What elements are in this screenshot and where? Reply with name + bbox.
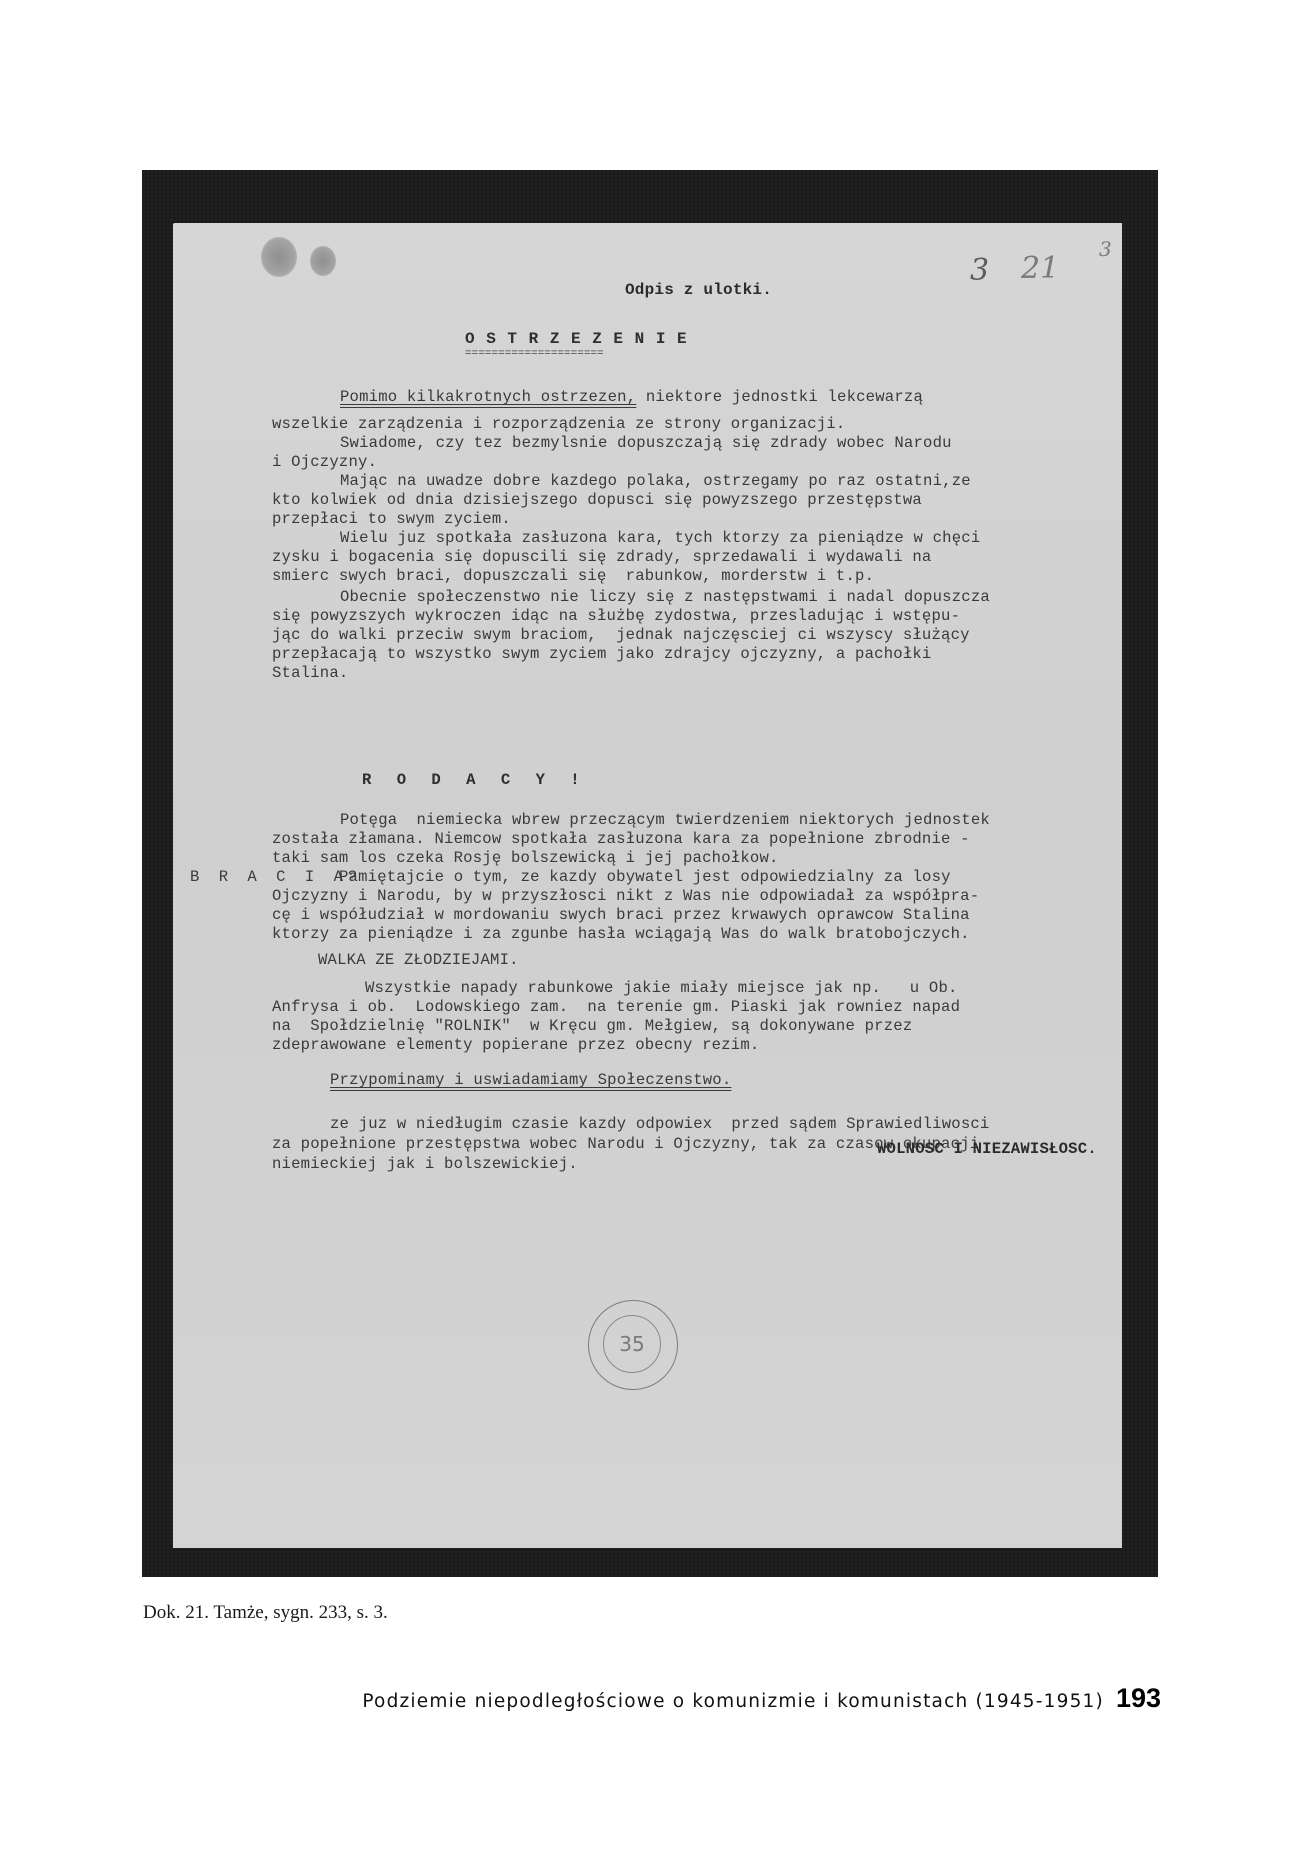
- handwritten-mark: 3: [1099, 237, 1112, 261]
- underlined-phrase: Pomimo kilkakrotnych ostrzezen,: [340, 388, 636, 406]
- page-footer: Podziemie niepodległościowe o komunizmie…: [362, 1683, 1161, 1714]
- typed-line: Pomimo kilkakrotnych ostrzezen, niektore…: [340, 388, 923, 407]
- typed-line: ze juz w niedługim czasie kazdy odpowiex…: [330, 1115, 990, 1134]
- smudge-mark: [261, 237, 297, 277]
- typed-line: wszelkie zarządzenia i rozporządzenia ze…: [272, 415, 845, 434]
- typed-line: przepłacają to wszystko swym zyciem jako…: [272, 645, 932, 664]
- typed-line: zdeprawowane elementy popierane przez ob…: [272, 1036, 759, 1055]
- figure-caption: Dok. 21. Tamże, sygn. 233, s. 3.: [143, 1602, 388, 1624]
- typed-line: za popełnione przestępstwa wobec Narodu …: [272, 1135, 979, 1154]
- typed-line: jąc do walki przeciw swym braciom, jedna…: [272, 626, 970, 645]
- smudge-mark: [310, 246, 336, 276]
- page-number: 193: [1116, 1683, 1161, 1714]
- typed-line: Potęga niemiecka wbrew przeczącym twierd…: [340, 811, 990, 830]
- typed-line: ktorzy za pieniądze i za zgunbe hasła wc…: [272, 925, 970, 944]
- typed-line: Swiadome, czy tez bezmylsnie dopuszczają…: [340, 434, 952, 453]
- typed-line: na Społdzielnię "ROLNIK" w Kręcu gm. Meł…: [272, 1017, 912, 1036]
- typed-line: taki sam los czeka Rosję bolszewicką i j…: [272, 849, 779, 868]
- typed-line: Wielu juz spotkała zasłuzona kara, tych …: [340, 529, 980, 548]
- phrase: niektore jednostki lekcewarzą: [636, 388, 923, 406]
- typed-line: i Ojczyzny.: [272, 453, 377, 472]
- document-photo: Odpis z ulotki. 3 21 3 O S T R Z E Z E N…: [142, 170, 1158, 1577]
- typed-line: niemieckiej jak i bolszewickiej.: [272, 1155, 578, 1174]
- stamp-number: 35: [603, 1315, 661, 1373]
- typed-line: Przypominamy i uswiadamiamy Społeczenstw…: [330, 1071, 731, 1090]
- typed-line: Obecnie społeczenstwo nie liczy się z na…: [340, 588, 990, 607]
- running-title: Podziemie niepodległościowe o komunizmie…: [362, 1691, 1104, 1712]
- typed-line: smierc swych braci, dopuszczali się rabu…: [272, 567, 874, 586]
- typed-line: zysku i bogacenia się dopuscili się zdra…: [272, 548, 932, 567]
- section-heading: WALKA ZE ZŁODZIEJAMI.: [318, 951, 519, 970]
- archive-stamp: 35: [588, 1300, 678, 1390]
- handwritten-mark: 21: [1021, 251, 1059, 286]
- typed-line: się powyzszych wykroczen idąc na służbę …: [272, 607, 960, 626]
- typed-line: cę i współudział w mordowaniu swych brac…: [272, 906, 970, 925]
- typed-line: Wszystkie napady rabunkowe jakie miały m…: [365, 979, 958, 998]
- section-heading: Przypominamy i uswiadamiamy Społeczenstw…: [330, 1071, 731, 1089]
- typed-line: przepłaci to swym zyciem.: [272, 510, 511, 529]
- typed-line: kto kolwiek od dnia dzisiejszego dopusci…: [272, 491, 922, 510]
- leaflet-paper: Odpis z ulotki. 3 21 3 O S T R Z E Z E N…: [173, 223, 1122, 1548]
- typed-line: Stalina.: [272, 664, 348, 683]
- handwritten-mark: 3: [970, 253, 989, 288]
- typed-line: Anfrysa i ob. Lodowskiego zam. na tereni…: [272, 998, 960, 1017]
- typed-line: Mając na uwadze dobre kazdego polaka, os…: [340, 472, 971, 491]
- title-rule: =====================: [465, 345, 604, 364]
- section-heading: R O D A C Y !: [362, 771, 588, 790]
- signature: WOLNOSC I NIEZAWISŁOSC.: [877, 1140, 1097, 1159]
- document-header: Odpis z ulotki.: [625, 281, 772, 300]
- typed-line: została złamana. Niemcow spotkała zasłuz…: [272, 830, 970, 849]
- bracia-label: B R A C I A?: [190, 868, 362, 887]
- typed-line: Pamiętajcie o tym, ze kazdy obywatel jes…: [339, 868, 951, 887]
- typed-line: Ojczyzny i Narodu, by w przyszłosci nikt…: [272, 887, 979, 906]
